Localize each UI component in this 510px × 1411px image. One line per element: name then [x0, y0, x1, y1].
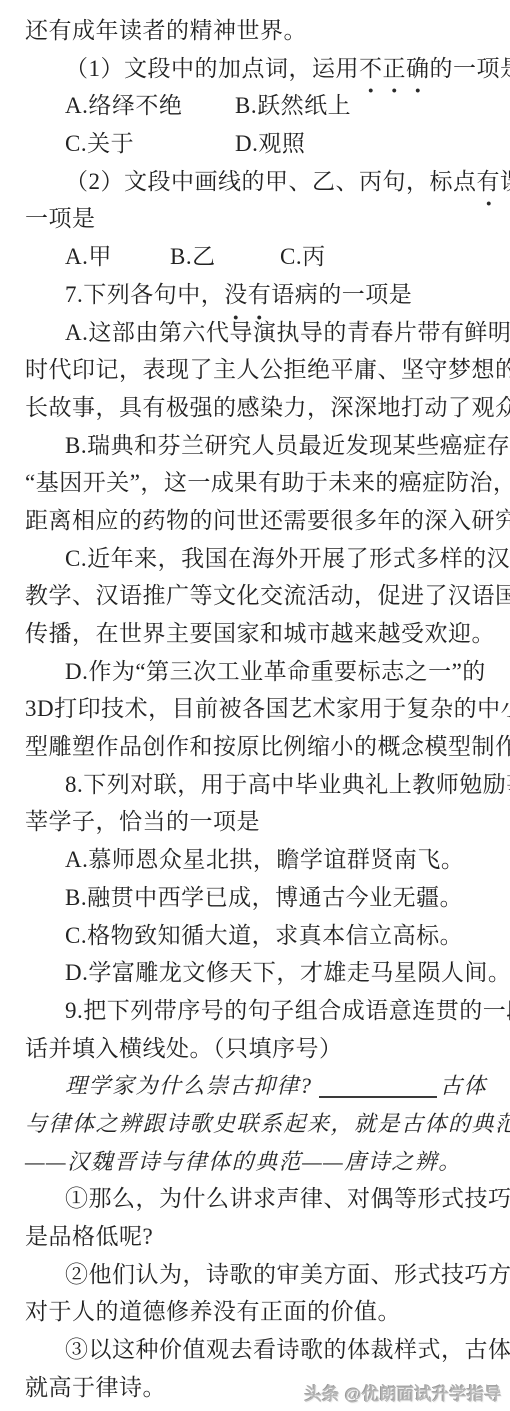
q9-sentence-1-line-1: ①那么，为什么讲求声律、对偶等形式技巧就: [25, 1180, 487, 1218]
q6-2-stem-line-2: 一项是: [25, 200, 487, 238]
q7-stem-suffix: 语病的一项是: [271, 282, 412, 307]
q7-option-a-text-2: 时代印记，表现了主人公拒绝平庸、坚守梦想的成: [25, 357, 510, 382]
q6-2-stem-line-1: （2）文段中画线的甲、乙、丙句，标点有误的: [25, 163, 487, 201]
q7-option-d-text-2: 3D打印技术，目前被各国艺术家用于复杂的中小: [25, 696, 510, 721]
q9-sentence-1-line-2: 是品格低呢?: [25, 1218, 487, 1256]
q9-sentence-3-line-1: ③以这种价值观去看诗歌的体裁样式，古体诗: [25, 1331, 487, 1369]
q8-option-b-text: B.融贯中西学已成，博通古今业无疆。: [65, 885, 463, 910]
q7-option-b-line-2: “基因开关”，这一成果有助于未来的癌症防治，但: [25, 464, 487, 502]
q7-stem-prefix: 7.下列各句中，: [65, 282, 224, 307]
q7-stem-emphasized: 没有: [224, 276, 271, 314]
q9-stem-line-1: 9.把下列带序号的句子组合成语意连贯的一段: [25, 992, 487, 1030]
q6-1-option-c: C.关于: [65, 125, 235, 163]
q6-1-stem-prefix: （1）文段中的加点词，运用: [65, 56, 359, 81]
q9-sentence-2-line-2: 对于人的道德修养没有正面的价值。: [25, 1293, 487, 1331]
q8-stem-text-2: 莘学子，恰当的一项是: [25, 809, 260, 834]
q8-stem-text-1: 8.下列对联，用于高中毕业典礼上教师勉励莘: [65, 772, 510, 797]
q9-sentence-3-text-1: ③以这种价值观去看诗歌的体裁样式，古体诗: [65, 1337, 510, 1362]
q9-passage-line-1: 理学家为什么崇古抑律? 古体: [25, 1067, 487, 1105]
q6-2-option-c: C.丙: [280, 238, 326, 276]
q7-option-d-line-3: 型雕塑作品创作和按原比例缩小的概念模型制作。: [25, 728, 487, 766]
q9-sentence-2-text-2: 对于人的道德修养没有正面的价值。: [25, 1299, 401, 1324]
q7-stem: 7.下列各句中，没有语病的一项是: [25, 276, 487, 314]
q9-passage-question-text: 理学家为什么崇古抑律?: [65, 1067, 313, 1105]
q7-option-d-line-2: 3D打印技术，目前被各国艺术家用于复杂的中小: [25, 690, 487, 728]
q6-2-stem-line-2-text: 一项是: [25, 206, 96, 231]
q9-sentence-2-text-1: ②他们认为，诗歌的审美方面、形式技巧方面: [65, 1262, 510, 1287]
q7-option-c-line-1: C.近年来，我国在海外开展了形式多样的汉语: [25, 540, 487, 578]
q7-option-b-text-1: B.瑞典和芬兰研究人员最近发现某些癌症存在: [65, 433, 510, 458]
q7-option-c-text-2: 教学、汉语推广等文化交流活动，促进了汉语国际: [25, 583, 510, 608]
q7-option-d-text-3: 型雕塑作品创作和按原比例缩小的概念模型制作。: [25, 734, 510, 759]
q6-1-option-b: B.跃然纸上: [235, 87, 351, 125]
q8-stem-line-2: 莘学子，恰当的一项是: [25, 803, 487, 841]
q7-option-a-line-3: 长故事，具有极强的感染力，深深地打动了观众。: [25, 389, 487, 427]
q6-1-stem-emphasized: 不正确: [359, 50, 430, 88]
q7-option-c-line-2: 教学、汉语推广等文化交流活动，促进了汉语国际: [25, 577, 487, 615]
q6-2-stem-prefix: （2）文段中画线的甲、乙、丙句，标点: [65, 169, 477, 194]
q9-sentence-1-text-1: ①那么，为什么讲求声律、对偶等形式技巧就: [65, 1186, 510, 1211]
passage-tail-text: 还有成年读者的精神世界。: [25, 18, 307, 43]
q8-option-b: B.融贯中西学已成，博通古今业无疆。: [25, 879, 487, 917]
q6-1-options-row-2: C.关于D.观照: [25, 125, 487, 163]
q6-1-option-a: A.络绎不绝: [65, 87, 235, 125]
q7-option-c-text-3: 传播，在世界主要国家和城市越来越受欢迎。: [25, 621, 495, 646]
passage-tail-line: 还有成年读者的精神世界。: [25, 12, 487, 50]
q9-fill-in-blank-line: [319, 1096, 437, 1098]
q6-1-stem-suffix: 的一项是: [430, 56, 510, 81]
q6-2-option-a: A.甲: [65, 238, 170, 276]
q6-1-option-d: D.观照: [235, 125, 305, 163]
q6-2-option-b: B.乙: [170, 238, 280, 276]
q7-option-b-text-3: 距离相应的药物的问世还需要很多年的深入研究。: [25, 508, 510, 533]
q8-stem-line-1: 8.下列对联，用于高中毕业典礼上教师勉励莘: [25, 766, 487, 804]
q7-option-c-line-3: 传播，在世界主要国家和城市越来越受欢迎。: [25, 615, 487, 653]
q9-stem-text-1: 9.把下列带序号的句子组合成语意连贯的一段: [65, 998, 510, 1023]
q6-2-stem-emphasized: 有误: [477, 163, 510, 201]
q9-passage-after-blank-text: 古体: [440, 1067, 487, 1105]
q7-option-a-line-2: 时代印记，表现了主人公拒绝平庸、坚守梦想的成: [25, 351, 487, 389]
q9-sentence-1-text-2: 是品格低呢?: [25, 1224, 153, 1249]
q6-2-options-row: A.甲B.乙C.丙: [25, 238, 487, 276]
q8-option-a-text: A.慕师恩众星北拱，瞻学谊群贤南飞。: [65, 847, 464, 872]
q9-stem-text-2: 话并填入横线处。（只填序号）: [25, 1036, 343, 1061]
q8-option-c-text: C.格物致知循大道，求真本信立高标。: [65, 923, 463, 948]
q7-option-d-line-1: D.作为“第三次工业革命重要标志之一”的: [25, 653, 487, 691]
q8-option-d: D.学富雕龙文修天下，才雄走马星陨人间。: [25, 954, 487, 992]
q7-option-c-text-1: C.近年来，我国在海外开展了形式多样的汉语: [65, 546, 510, 571]
watermark: 头条 @优朗面试升学指导: [305, 1380, 502, 1405]
q8-option-c: C.格物致知循大道，求真本信立高标。: [25, 917, 487, 955]
q6-1-stem: （1）文段中的加点词，运用不正确的一项是: [25, 50, 487, 88]
q9-passage-text-3: ——汉魏晋诗与律体的典范——唐诗之辨。: [25, 1149, 462, 1174]
q9-passage-line-2: 与律体之辨跟诗歌史联系起来，就是古体的典范: [25, 1105, 487, 1143]
q7-option-b-line-3: 距离相应的药物的问世还需要很多年的深入研究。: [25, 502, 487, 540]
q9-sentence-3-text-2: 就高于律诗。: [25, 1375, 166, 1400]
q9-sentence-2-line-1: ②他们认为，诗歌的审美方面、形式技巧方面: [25, 1256, 487, 1294]
q7-option-a-text-3: 长故事，具有极强的感染力，深深地打动了观众。: [25, 395, 510, 420]
q7-option-a-text-1: A.这部由第六代导演执导的青春片带有鲜明的: [65, 320, 510, 345]
q8-option-a: A.慕师恩众星北拱，瞻学谊群贤南飞。: [25, 841, 487, 879]
q8-option-d-text: D.学富雕龙文修天下，才雄走马星陨人间。: [65, 960, 510, 985]
q7-option-b-line-1: B.瑞典和芬兰研究人员最近发现某些癌症存在: [25, 427, 487, 465]
q9-passage-text-2: 与律体之辨跟诗歌史联系起来，就是古体的典范: [25, 1111, 510, 1136]
q7-option-b-text-2: “基因开关”，这一成果有助于未来的癌症防治，但: [25, 470, 510, 495]
q7-option-d-text-1: D.作为“第三次工业革命重要标志之一”的: [65, 659, 486, 684]
q9-stem-line-2: 话并填入横线处。（只填序号）: [25, 1030, 487, 1068]
q9-passage-line-3: ——汉魏晋诗与律体的典范——唐诗之辨。: [25, 1143, 487, 1181]
exam-page: 还有成年读者的精神世界。 （1）文段中的加点词，运用不正确的一项是 A.络绎不绝…: [0, 0, 510, 1406]
